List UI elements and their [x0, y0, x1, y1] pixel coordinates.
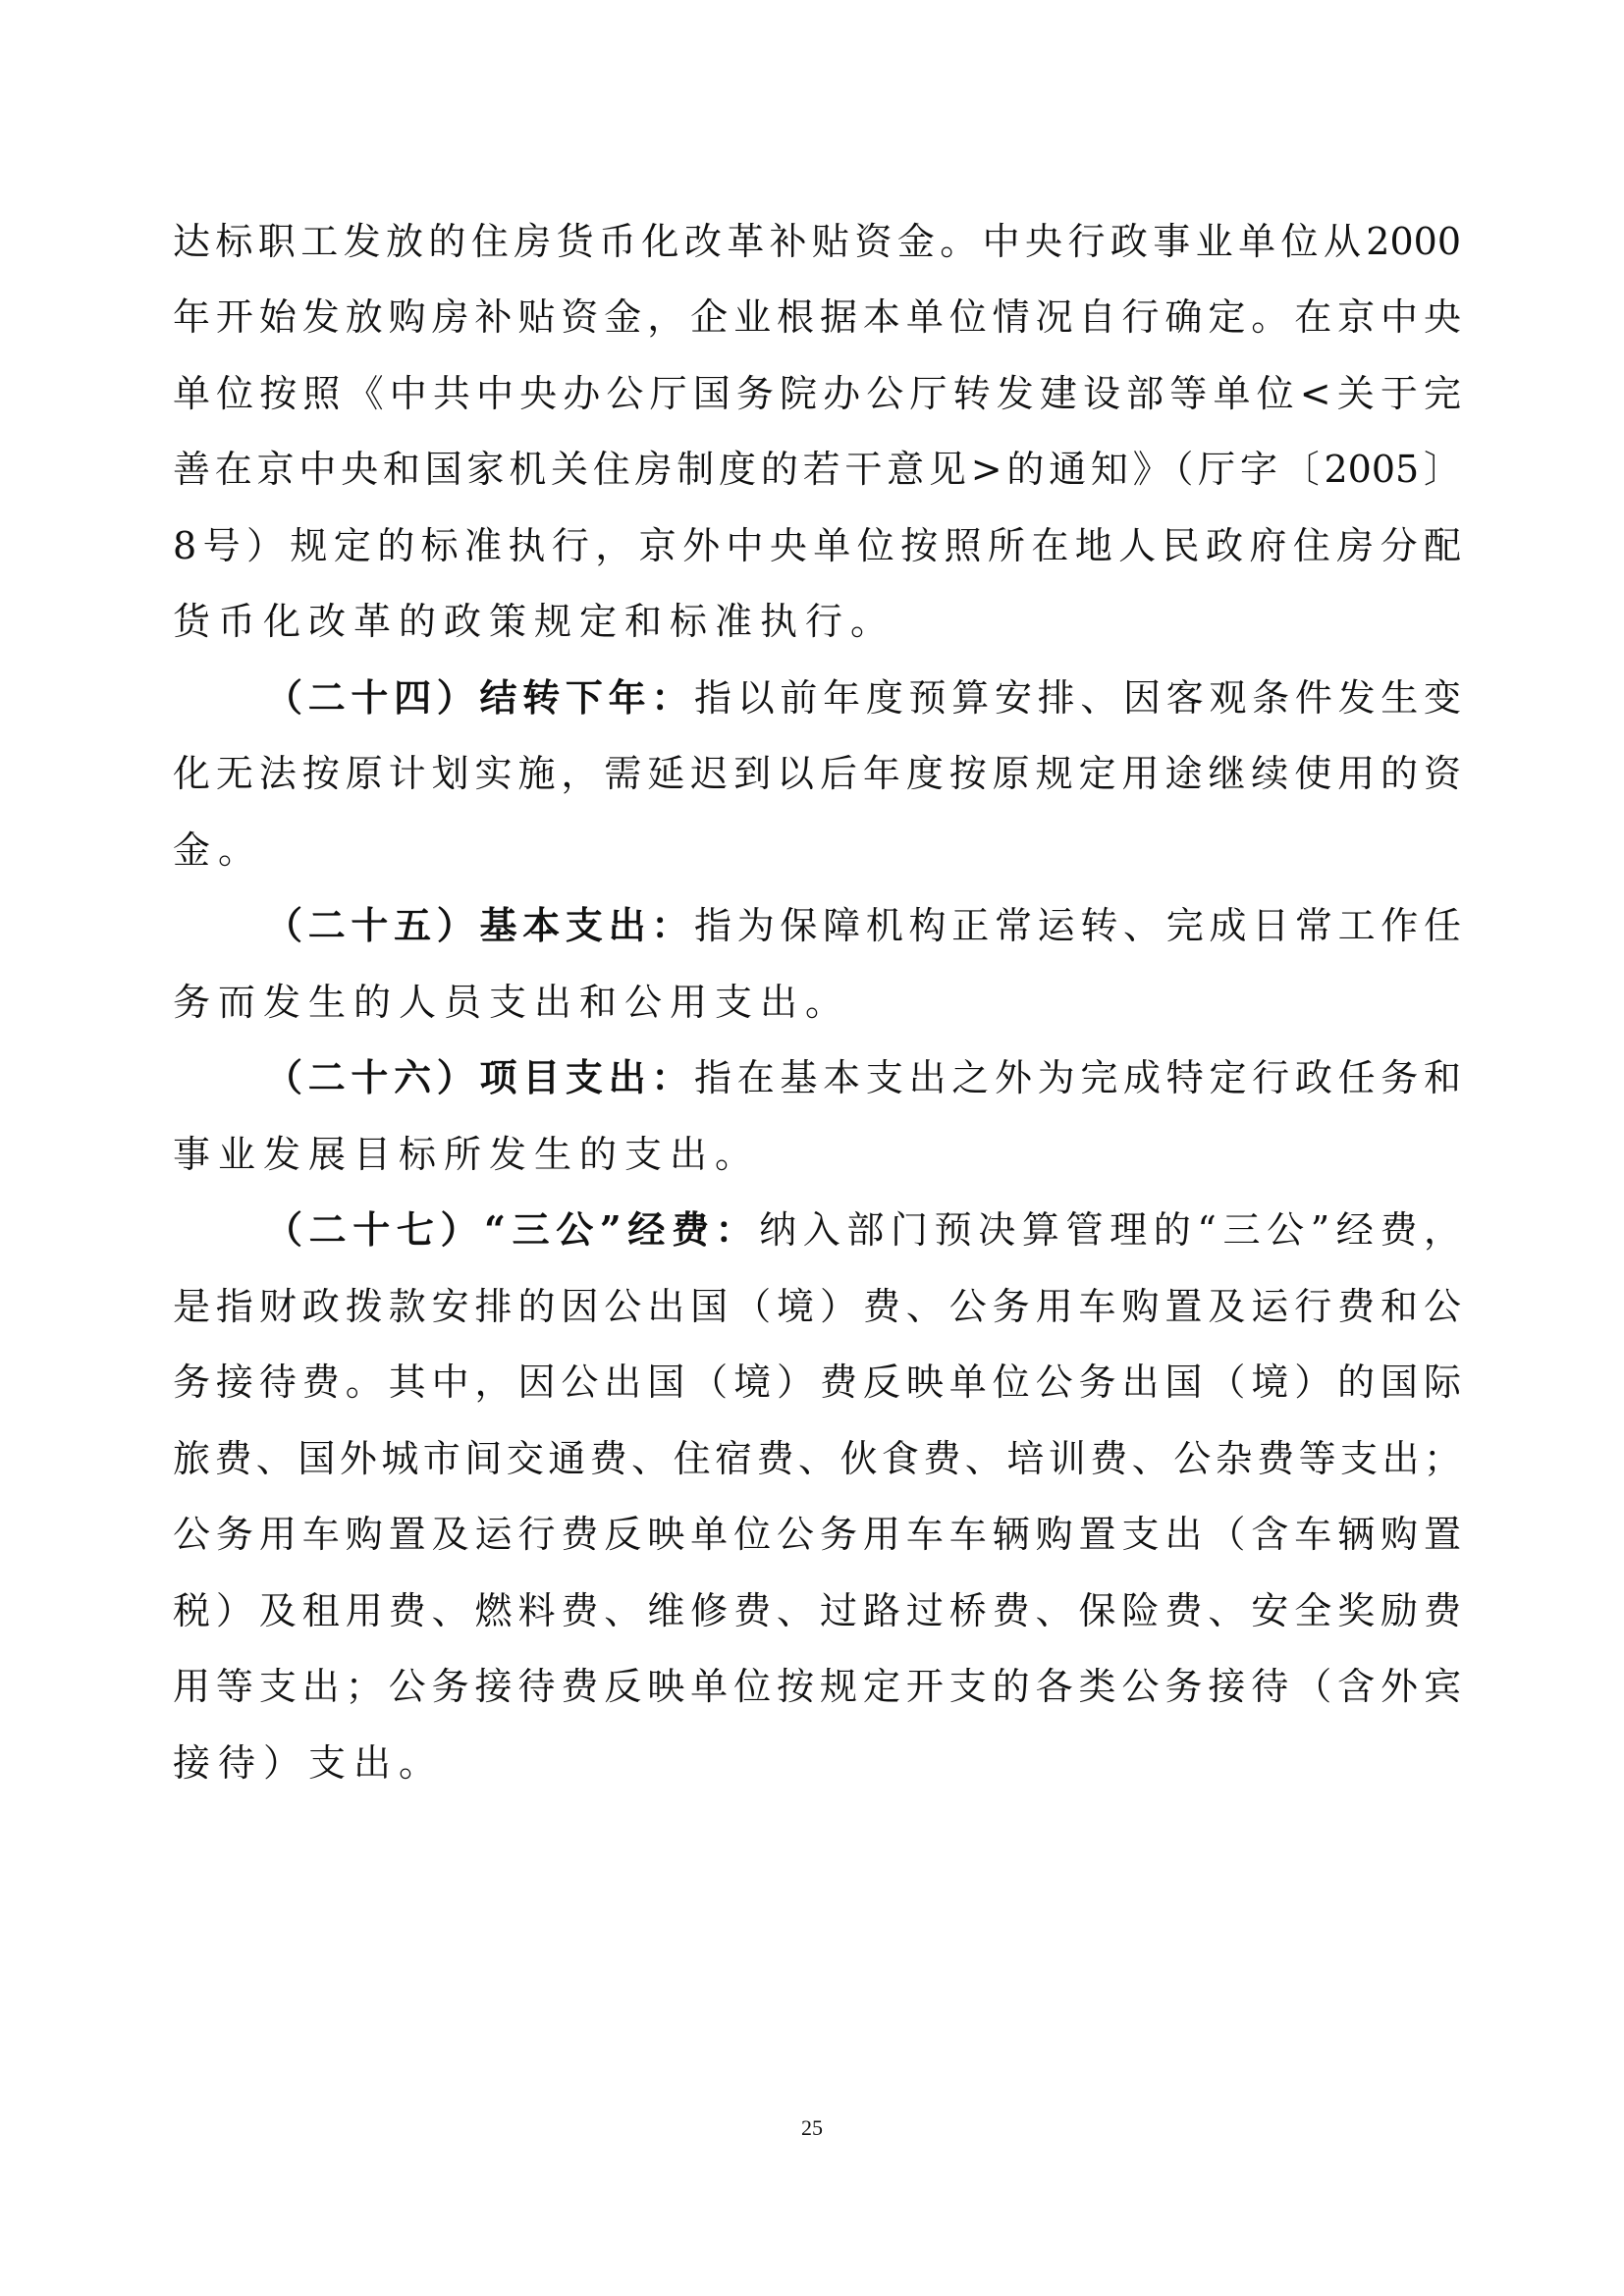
definition-item-carryover: （二十四）结转下年：指以前年度预算安排、因客观条件发生变: [265, 674, 1461, 721]
definition-heading: （二十六）项目支出：: [265, 1055, 694, 1099]
text-line: 善在京中央和国家机关住房制度的若干意见>的通知》（厅字〔2005〕: [173, 446, 1461, 493]
definition-heading: （二十七）“三公”经费：: [265, 1207, 759, 1252]
definition-text: 指以前年度预算安排、因客观条件发生变: [694, 676, 1461, 720]
definition-heading: （二十五）基本支出：: [265, 903, 694, 947]
text-line: 公务用车购置及运行费反映单位公务用车车辆购置支出（含车辆购置: [173, 1511, 1461, 1558]
text-line: 是指财政拨款安排的因公出国（境）费、公务用车购置及运行费和公: [173, 1283, 1461, 1330]
text-line: 单位按照《中共中央办公厅国务院办公厅转发建设部等单位<关于完: [173, 370, 1461, 417]
definition-item-three-public-expenses: （二十七）“三公”经费：纳入部门预决算管理的“三公”经费，: [265, 1206, 1461, 1254]
text-line: 接待）支出。: [173, 1739, 1461, 1787]
text-line: 年开始发放购房补贴资金，企业根据本单位情况自行确定。在京中央: [173, 294, 1461, 341]
text-line: 务而发生的人员支出和公用支出。: [173, 979, 1461, 1026]
text-line: 务接待费。其中，因公出国（境）费反映单位公务出国（境）的国际: [173, 1359, 1461, 1406]
text-line: 事业发展目标所发生的支出。: [173, 1131, 1461, 1178]
page-number: 25: [0, 2115, 1624, 2141]
text-line: 达标职工发放的住房货币化改革补贴资金。中央行政事业单位从2000: [173, 218, 1461, 265]
definition-text: 纳入部门预决算管理的“三公”经费，: [759, 1208, 1461, 1252]
text-line: 货币化改革的政策规定和标准执行。: [173, 598, 1461, 645]
text-line: 8号）规定的标准执行，京外中央单位按照所在地人民政府住房分配: [173, 522, 1461, 569]
document-page: 达标职工发放的住房货币化改革补贴资金。中央行政事业单位从2000 年开始发放购房…: [0, 0, 1624, 2296]
text-line: 金。: [173, 827, 1461, 874]
text-line: 旅费、国外城市间交通费、住宿费、伙食费、培训费、公杂费等支出；: [173, 1435, 1461, 1482]
definition-text: 指在基本支出之外为完成特定行政任务和: [694, 1056, 1461, 1099]
text-line: 税）及租用费、燃料费、维修费、过路过桥费、保险费、安全奖励费: [173, 1587, 1461, 1634]
definition-item-project-expenditure: （二十六）项目支出：指在基本支出之外为完成特定行政任务和: [265, 1054, 1461, 1101]
definition-heading: （二十四）结转下年：: [265, 675, 694, 720]
text-line: 化无法按原计划实施，需延迟到以后年度按原规定用途继续使用的资: [173, 750, 1461, 797]
definition-text: 指为保障机构正常运转、完成日常工作任: [694, 904, 1461, 947]
text-line: 用等支出；公务接待费反映单位按规定开支的各类公务接待（含外宾: [173, 1663, 1461, 1710]
definition-item-basic-expenditure: （二十五）基本支出：指为保障机构正常运转、完成日常工作任: [265, 902, 1461, 949]
